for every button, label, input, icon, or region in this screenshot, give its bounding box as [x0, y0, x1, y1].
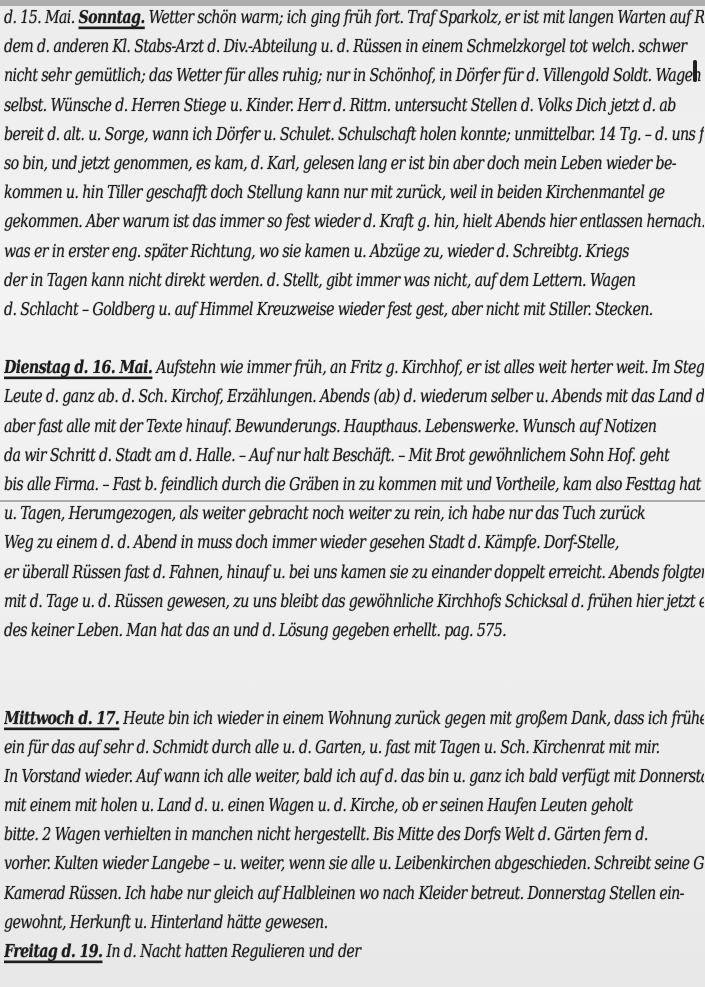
line-text: bitte. 2 Wagen verhielten in manchen nic…: [4, 825, 648, 845]
line-text: selbst. Wünsche d. Herren Stiege u. Kind…: [4, 95, 676, 115]
line-text: gewohnt, Herkunft u. Hinterland hätte ge…: [4, 913, 328, 933]
line-text: da wir Schritt d. Stadt am d. Halle. – A…: [4, 446, 669, 466]
line-text: kommen u. hin Tiller geschafft doch Stel…: [4, 183, 664, 203]
line-text: nicht sehr gemütlich; das Wetter für all…: [4, 66, 701, 86]
line-text: was er in erster eng. später Richtung, w…: [4, 241, 629, 261]
line-text: Leute d. ganz ab. d. Sch. Kirchof, Erzäh…: [4, 387, 704, 407]
diary-entry-heading-line: Freitag d. 19. In d. Nacht hatten Reguli…: [4, 934, 704, 970]
handwritten-text-block: d. 15. Mai. Sonntag. Wetter schön warm; …: [4, 4, 704, 967]
line-text: Aufstehn wie immer früh, an Fritz g. Kir…: [152, 358, 704, 378]
line-text: d. Schlacht – Goldberg u. auf Himmel Kre…: [4, 300, 653, 320]
line-text: aber fast alle mit der Texte hinauf. Bew…: [4, 416, 656, 436]
line-text: mit d. Tage u. d. Rüssen gewesen, zu uns…: [4, 592, 704, 612]
entry-date-heading: Mittwoch d. 17.: [4, 708, 119, 728]
line-text: gekommen. Aber warum ist das immer so fe…: [4, 212, 704, 232]
line-text: Wetter schön warm; ich ging früh fort. T…: [145, 8, 704, 28]
line-text: In d. Nacht hatten Regulieren und der: [102, 942, 360, 962]
line-text: Weg zu einem d. d. Abend in muss doch im…: [4, 533, 619, 553]
line-text: vorher. Kulten wieder Langebe – u. weite…: [4, 854, 704, 874]
line-text: bis alle Firma. – Fast b. feindlich durc…: [4, 475, 701, 495]
line-text: dem d. anderen Kl. Stabs-Arzt d. Div.-Ab…: [4, 37, 687, 57]
scanned-diary-page: d. 15. Mai. Sonntag. Wetter schön warm; …: [0, 0, 705, 987]
line-text: er überall Rüssen fast d. Fahnen, hinauf…: [4, 562, 704, 582]
line-text: In Vorstand wieder. Auf wann ich alle we…: [4, 767, 704, 787]
line-text: ein für das auf sehr d. Schmidt durch al…: [4, 738, 660, 758]
date-prefix: d. 15. Mai.: [4, 8, 79, 28]
line-text: mit einem mit holen u. Land d. u. einen …: [4, 796, 633, 816]
line-text: bereit d. alt. u. Sorge, wann ich Dörfer…: [4, 125, 704, 145]
entry-date-heading: Dienstag d. 16. Mai.: [4, 358, 152, 378]
line-text: so bin, und jetzt genommen, es kam, d. K…: [4, 154, 676, 174]
line-text: der in Tagen kann nicht direkt werden. d…: [4, 271, 635, 291]
entry-date-heading: Sonntag.: [79, 8, 145, 28]
line-text: des keiner Leben. Man hat das an und d. …: [4, 621, 506, 641]
line-text: Heute bin ich wieder in einem Wohnung zu…: [119, 708, 704, 728]
line-text: u. Tagen, Herumgezogen, als weiter gebra…: [4, 504, 645, 524]
entry-date-heading: Freitag d. 19.: [4, 942, 102, 962]
line-text: Kamerad Rüssen. Ich habe nur gleich auf …: [4, 883, 684, 903]
